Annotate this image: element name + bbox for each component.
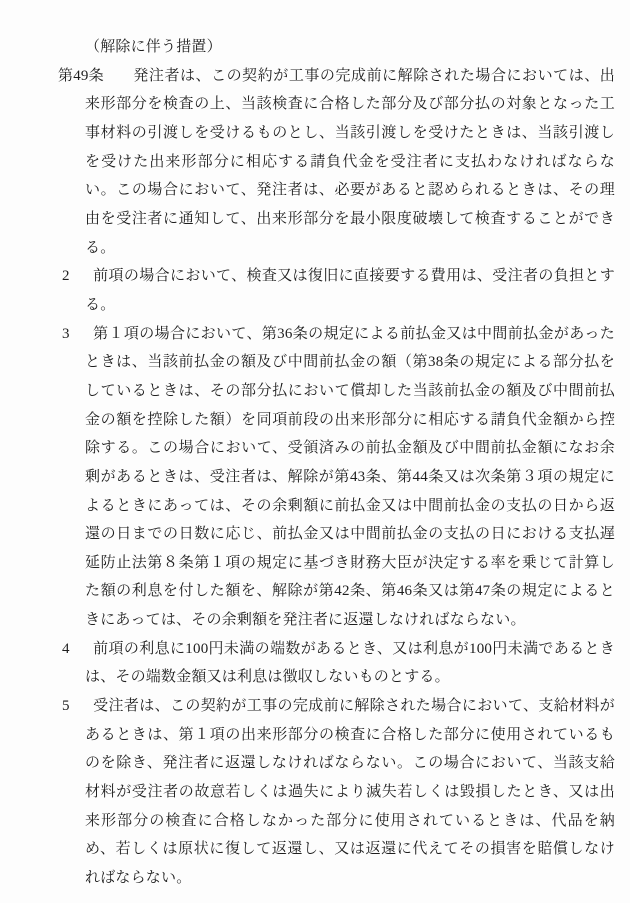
document-page: （解除に伴う措置） 第49条発注者は、この契約が工事の完成前に解除された場合にお… bbox=[0, 0, 630, 903]
paragraph-4-text: 前項の利息に100円未満の端数があるとき、又は利息が100円未満であるときは、そ… bbox=[85, 641, 615, 686]
article-number: 第49条 bbox=[58, 62, 133, 91]
paragraph-3-number: 3 bbox=[62, 320, 93, 349]
contract-article-49: （解除に伴う措置） 第49条発注者は、この契約が工事の完成前に解除された場合にお… bbox=[58, 33, 615, 893]
paragraph-3-text: 第１項の場合において、第36条の規定による前払金又は中間前払金があったときは、当… bbox=[85, 326, 615, 629]
paragraph-2: 2前項の場合において、検査又は復旧に直接要する費用は、受注者の負担とする。 bbox=[58, 262, 615, 319]
paragraph-4-number: 4 bbox=[62, 635, 93, 664]
article-heading: （解除に伴う措置） bbox=[85, 33, 615, 62]
paragraph-2-number: 2 bbox=[62, 262, 93, 291]
paragraph-1-text: 発注者は、この契約が工事の完成前に解除された場合においては、出来形部分を検査の上… bbox=[85, 68, 615, 256]
paragraph-5-text: 受注者は、この契約が工事の完成前に解除された場合において、支給材料があるときは、… bbox=[85, 698, 615, 886]
paragraph-2-text: 前項の場合において、検査又は復旧に直接要する費用は、受注者の負担とする。 bbox=[85, 268, 615, 313]
paragraph-1: 第49条発注者は、この契約が工事の完成前に解除された場合においては、出来形部分を… bbox=[58, 62, 615, 263]
paragraph-3: 3第１項の場合において、第36条の規定による前払金又は中間前払金があったときは、… bbox=[58, 320, 615, 635]
paragraph-4: 4前項の利息に100円未満の端数があるとき、又は利息が100円未満であるときは、… bbox=[58, 635, 615, 692]
paragraph-5-number: 5 bbox=[62, 692, 93, 721]
paragraph-5: 5受注者は、この契約が工事の完成前に解除された場合において、支給材料があるときは… bbox=[58, 692, 615, 893]
